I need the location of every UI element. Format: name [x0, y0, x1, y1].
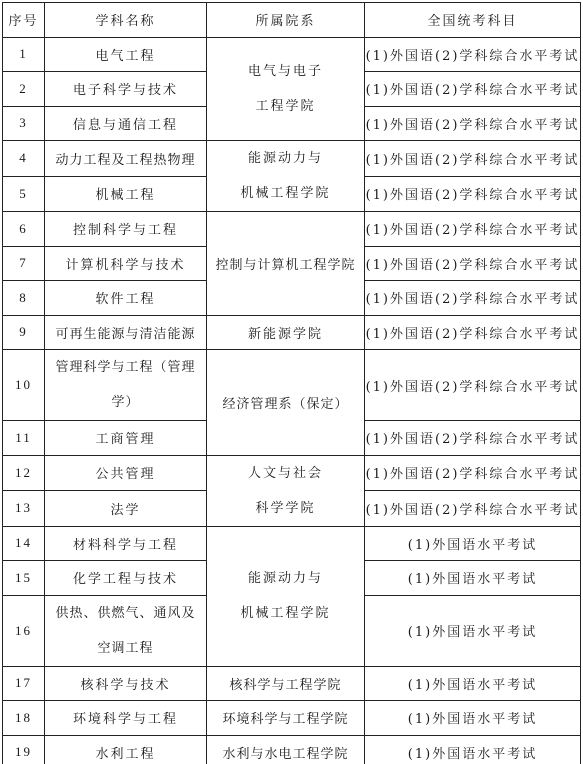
subject-name: 管理科学与工程（管理 学） [45, 350, 207, 421]
row-no: 16 [3, 595, 45, 666]
exam-subjects: (1)外国语水平考试 [365, 526, 581, 561]
row-no: 5 [3, 176, 45, 212]
row-no: 9 [3, 315, 45, 350]
subject-line: 管理科学与工程（管理 [45, 350, 206, 385]
row-no: 15 [3, 561, 45, 596]
department-line: 电气与电子 [207, 54, 364, 89]
exam-subjects: (1)外国语(2)学科综合水平考试 [365, 455, 581, 491]
table-row: 10 管理科学与工程（管理 学） 经济管理系（保定） (1)外国语(2)学科综合… [3, 350, 581, 421]
table-row: 18 环境科学与工程 环境科学与工程学院 (1)外国语水平考试 [3, 701, 581, 736]
table-row: 6 控制科学与工程 控制与计算机工程学院 (1)外国语(2)学科综合水平考试 [3, 212, 581, 247]
subject-name: 信息与通信工程 [45, 106, 207, 141]
department-cell: 核科学与工程学院 [207, 666, 365, 701]
subject-name: 计算机科学与技术 [45, 246, 207, 281]
table-row: 4 动力工程及工程热物理 能源动力与 机械工程学院 (1)外国语(2)学科综合水… [3, 141, 581, 177]
department-line: 能源动力与 [207, 141, 364, 176]
department-line: 工程学院 [207, 89, 364, 124]
department-cell: 水利与水电工程学院 [207, 735, 365, 764]
row-no: 7 [3, 246, 45, 281]
subject-name: 电子科学与技术 [45, 72, 207, 107]
subject-line: 供热、供燃气、通风及 [45, 596, 206, 631]
subject-name: 可再生能源与清洁能源 [45, 315, 207, 350]
table-row: 1 电气工程 电气与电子 工程学院 (1)外国语(2)学科综合水平考试 [3, 37, 581, 72]
exam-subjects: (1)外国语(2)学科综合水平考试 [365, 176, 581, 212]
row-no: 10 [3, 350, 45, 421]
exam-subjects: (1)外国语(2)学科综合水平考试 [365, 491, 581, 527]
subject-line: 学） [45, 385, 206, 420]
department-line: 机械工程学院 [207, 176, 364, 211]
subject-name: 材料科学与工程 [45, 526, 207, 561]
department-cell: 电气与电子 工程学院 [207, 37, 365, 141]
subject-name: 核科学与技术 [45, 666, 207, 701]
row-no: 19 [3, 735, 45, 764]
subject-name: 工商管理 [45, 421, 207, 456]
row-no: 2 [3, 72, 45, 107]
department-cell: 控制与计算机工程学院 [207, 212, 365, 316]
department-line: 人文与社会 [207, 456, 364, 491]
exam-subjects: (1)外国语(2)学科综合水平考试 [365, 141, 581, 177]
table-row: 17 核科学与技术 核科学与工程学院 (1)外国语水平考试 [3, 666, 581, 701]
exam-subjects: (1)外国语(2)学科综合水平考试 [365, 246, 581, 281]
subject-name: 环境科学与工程 [45, 701, 207, 736]
header-department: 所属院系 [207, 3, 365, 38]
exam-subjects: (1)外国语水平考试 [365, 595, 581, 666]
row-no: 6 [3, 212, 45, 247]
exam-subjects: (1)外国语(2)学科综合水平考试 [365, 212, 581, 247]
subject-name: 控制科学与工程 [45, 212, 207, 247]
row-no: 13 [3, 491, 45, 527]
department-cell: 新能源学院 [207, 315, 365, 350]
exam-subjects: (1)外国语水平考试 [365, 666, 581, 701]
header-row: 序号 学科名称 所属院系 全国统考科目 [3, 3, 581, 38]
table-row: 14 材料科学与工程 能源动力与 机械工程学院 (1)外国语水平考试 [3, 526, 581, 561]
exam-subjects: (1)外国语(2)学科综合水平考试 [365, 421, 581, 456]
exam-subjects: (1)外国语(2)学科综合水平考试 [365, 350, 581, 421]
department-cell: 人文与社会 科学学院 [207, 455, 365, 526]
exam-subjects: (1)外国语水平考试 [365, 561, 581, 596]
row-no: 14 [3, 526, 45, 561]
subject-name: 化学工程与技术 [45, 561, 207, 596]
row-no: 3 [3, 106, 45, 141]
header-subject: 学科名称 [45, 3, 207, 38]
table-row: 12 公共管理 人文与社会 科学学院 (1)外国语(2)学科综合水平考试 [3, 455, 581, 491]
subject-name: 供热、供燃气、通风及 空调工程 [45, 595, 207, 666]
department-cell: 能源动力与 机械工程学院 [207, 526, 365, 666]
department-cell: 环境科学与工程学院 [207, 701, 365, 736]
department-line: 科学学院 [207, 491, 364, 526]
subject-name: 机械工程 [45, 176, 207, 212]
subject-name: 电气工程 [45, 37, 207, 72]
department-line: 机械工程学院 [207, 596, 364, 631]
header-no: 序号 [3, 3, 45, 38]
header-exam: 全国统考科目 [365, 3, 581, 38]
subject-name: 公共管理 [45, 455, 207, 491]
exam-subjects: (1)外国语水平考试 [365, 735, 581, 764]
subject-name: 软件工程 [45, 281, 207, 316]
subject-name: 动力工程及工程热物理 [45, 141, 207, 177]
exam-subjects: (1)外国语(2)学科综合水平考试 [365, 37, 581, 72]
subject-name: 法学 [45, 491, 207, 527]
discipline-table: 序号 学科名称 所属院系 全国统考科目 1 电气工程 电气与电子 工程学院 (1… [2, 2, 581, 764]
department-cell: 经济管理系（保定） [207, 350, 365, 456]
exam-subjects: (1)外国语水平考试 [365, 701, 581, 736]
exam-subjects: (1)外国语(2)学科综合水平考试 [365, 315, 581, 350]
row-no: 8 [3, 281, 45, 316]
exam-subjects: (1)外国语(2)学科综合水平考试 [365, 281, 581, 316]
department-line: 能源动力与 [207, 561, 364, 596]
table-row: 9 可再生能源与清洁能源 新能源学院 (1)外国语(2)学科综合水平考试 [3, 315, 581, 350]
exam-subjects: (1)外国语(2)学科综合水平考试 [365, 106, 581, 141]
department-cell: 能源动力与 机械工程学院 [207, 141, 365, 212]
subject-name: 水利工程 [45, 735, 207, 764]
row-no: 12 [3, 455, 45, 491]
exam-subjects: (1)外国语(2)学科综合水平考试 [365, 72, 581, 107]
subject-line: 空调工程 [45, 631, 206, 666]
row-no: 17 [3, 666, 45, 701]
row-no: 11 [3, 421, 45, 456]
row-no: 1 [3, 37, 45, 72]
row-no: 4 [3, 141, 45, 177]
row-no: 18 [3, 701, 45, 736]
table-row: 19 水利工程 水利与水电工程学院 (1)外国语水平考试 [3, 735, 581, 764]
